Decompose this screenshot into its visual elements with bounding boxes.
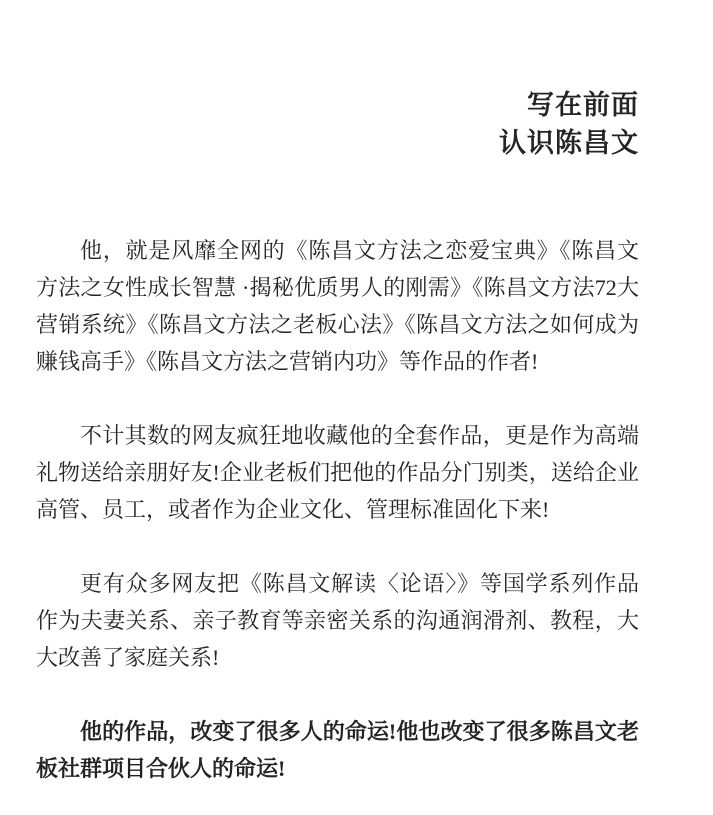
paragraph-fans-collect: 不计其数的网友疯狂地收藏他的全套作品，更是作为高端礼物送给亲朋好友!企业老板们把… <box>36 417 639 528</box>
paragraph-family-relations: 更有众多网友把《陈昌文解读〈论语〉》等国学系列作品作为夫妻关系、亲子教育等亲密关… <box>36 565 639 676</box>
document-page: 写在前面 认识陈昌文 他，就是风靡全网的《陈昌文方法之恋爱宝典》《陈昌文方法之女… <box>0 0 713 815</box>
page-title-line-2: 认识陈昌文 <box>36 124 639 162</box>
paragraph-author-works: 他，就是风靡全网的《陈昌文方法之恋爱宝典》《陈昌文方法之女性成长智慧 ·揭秘优质… <box>36 232 639 380</box>
page-title: 写在前面 认识陈昌文 <box>36 86 639 162</box>
page-title-line-1: 写在前面 <box>36 86 639 124</box>
paragraph-changed-destiny: 他的作品，改变了很多人的命运!他也改变了很多陈昌文老板社群项目合伙人的命运! <box>36 713 639 787</box>
